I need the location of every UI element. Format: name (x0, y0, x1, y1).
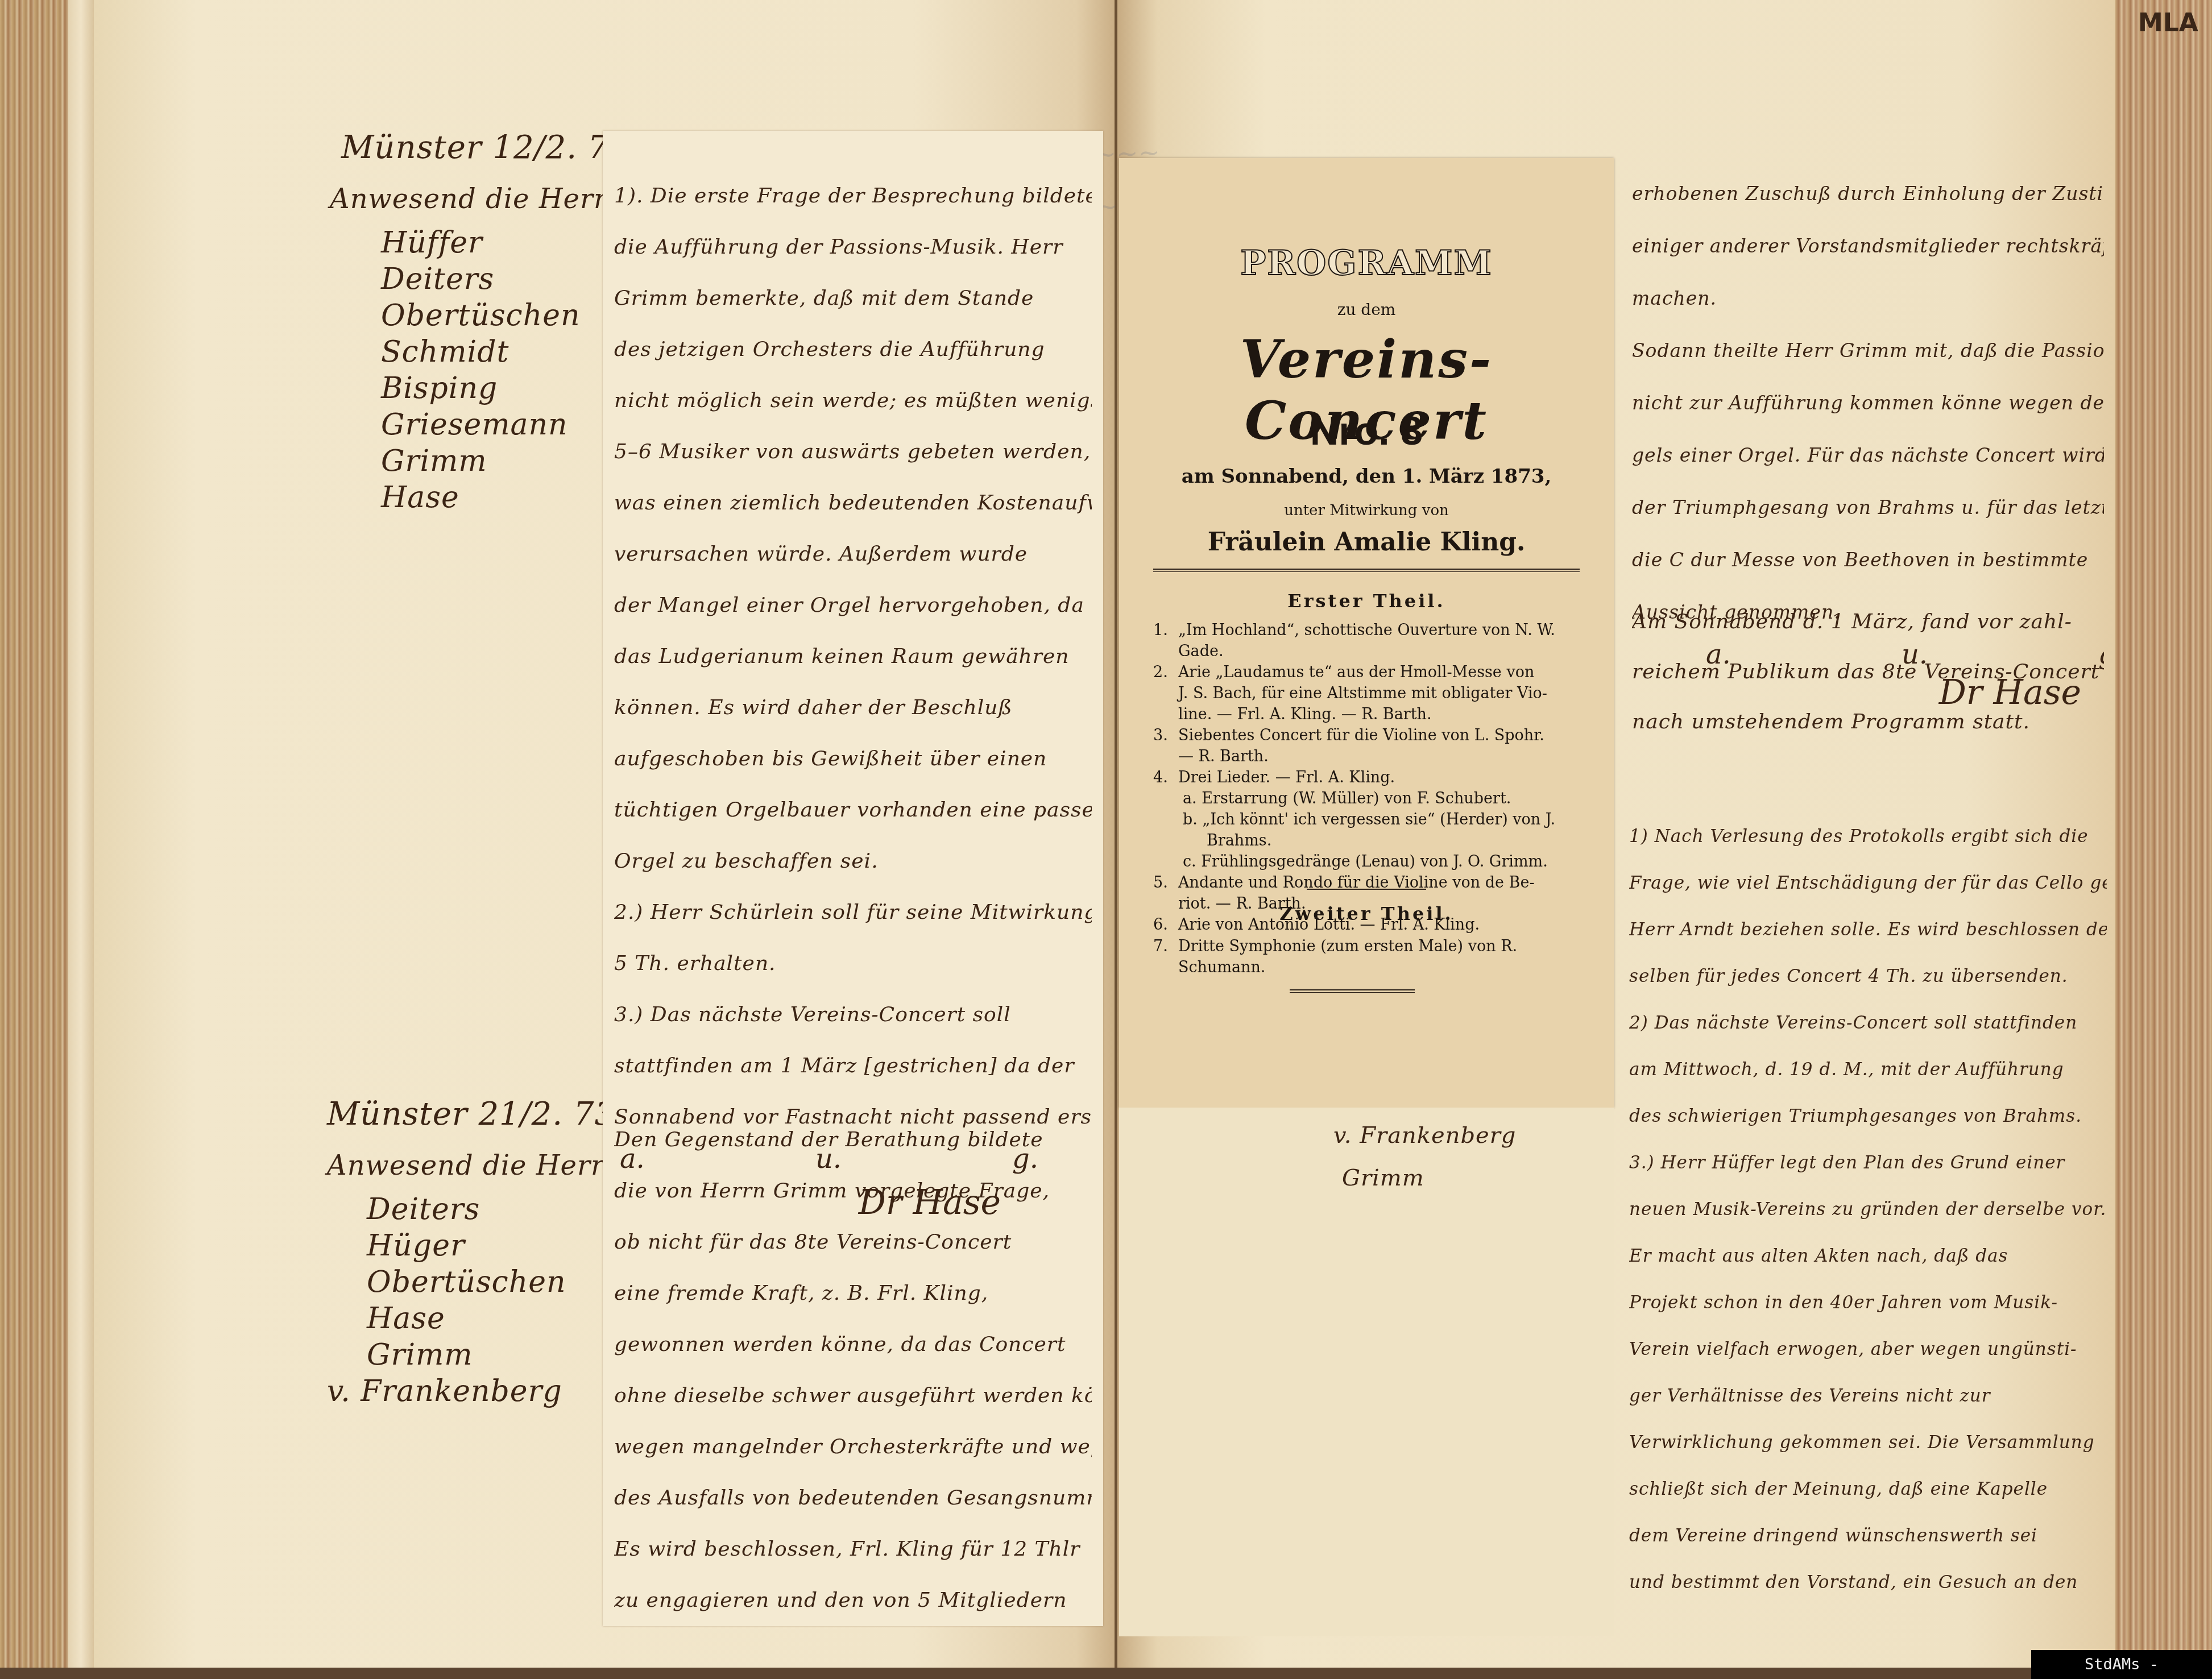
program-divider (1153, 569, 1580, 572)
part-2-items: 7. Dritte Symphonie (zum ersten Male) vo… (1153, 936, 1597, 978)
program-subitem: a. Erstarrung (W. Müller) von F. Schuber… (1153, 788, 1597, 809)
program-title: PROGRAMM (1119, 243, 1614, 283)
signature: Grimm (1333, 1157, 1516, 1200)
program-number: Nro. 8 (1119, 408, 1614, 454)
minutes-line: der Triumphgesang von Brahms u. für das … (1632, 482, 2104, 534)
minutes-line: 1) Nach Verlesung des Protokolls ergibt … (1629, 813, 2107, 860)
attendee: v. Frankenberg (327, 1373, 649, 1409)
program-item: 1. „Im Hochland“, schottische Ouverture … (1153, 620, 1597, 662)
program-item: 4. Drei Lieder. — Frl. A. Kling. (1153, 767, 1597, 788)
minutes-line: selben für jedes Concert 4 Th. zu überse… (1629, 953, 2107, 1000)
minutes-line: Am Sonnabend d. 1 März, fand vor zahl- (1632, 597, 2104, 647)
minutes-line: einiger anderer Vorstandsmitglieder rech… (1632, 220, 2104, 272)
program-with: unter Mitwirkung von (1119, 502, 1614, 519)
minutes-line: 5–6 Musiker von auswärts gebeten werden, (614, 426, 1092, 478)
program-zu-dem: zu dem (1119, 300, 1614, 319)
book-bottom-shadow (0, 1668, 2212, 1679)
minutes-line: ob nicht für das 8te Vereins-Concert (614, 1217, 1092, 1268)
minutes-1: 1). Die erste Frage der Besprechung bild… (614, 171, 1092, 1222)
minutes-2: Den Gegenstand der Berathung bildete die… (614, 1114, 1092, 1626)
minutes-line: des jetzigen Orchesters die Aufführung (614, 324, 1092, 375)
spine-mark: MLA (2138, 9, 2201, 54)
minutes-item-2: 2.) Herr Schürlein soll für seine Mitwir… (614, 887, 1092, 938)
minutes-item-3: 3.) Das nächste Vereins-Concert soll (614, 989, 1092, 1040)
minutes-line: was einen ziemlich bedeutenden Kostenauf… (614, 478, 1092, 529)
attendee: Obertüschen (327, 1264, 649, 1300)
program-item: 7. Dritte Symphonie (zum ersten Male) vo… (1153, 936, 1597, 978)
minutes-line: eine fremde Kraft, z. B. Frl. Kling, (614, 1268, 1092, 1319)
program-signatures: v. Frankenberg Grimm (1333, 1114, 1516, 1200)
attendee: Hase (327, 1300, 649, 1337)
meeting-2-margin: Münster 21/2. 73. Anwesend die Herren: D… (327, 1089, 649, 1409)
book-spread: MLA ~~~ ~~~~ ~~~~~ ~~~ ~~~~~ ~~~ Münster… (0, 0, 2212, 1679)
minutes-line: dem Vereine dringend wünschenswerth sei (1629, 1512, 2107, 1559)
program-date: am Sonnabend, den 1. März 1873, (1119, 465, 1614, 488)
minutes-line: des schwierigen Triumphgesanges von Brah… (1629, 1093, 2107, 1139)
minutes-line: der Mangel einer Orgel hervorgehoben, da (614, 580, 1092, 631)
right-page-edges (2115, 0, 2212, 1679)
minutes-line: Er macht aus alten Akten nach, daß das (1629, 1233, 2107, 1279)
attendee: Grimm (327, 1337, 649, 1373)
minutes-line: erhobenen Zuschuß durch Einholung der Zu… (1632, 168, 2104, 220)
minutes-line: am Mittwoch, d. 19 d. M., mit der Auffüh… (1629, 1046, 2107, 1093)
minutes-line: wegen mangelnder Orchesterkräfte und weg… (614, 1421, 1092, 1473)
minutes-item-3: stattfinden am 1 März [gestrichen] da de… (614, 1040, 1092, 1092)
minutes-line: 1). Die erste Frage der Besprechung bild… (614, 171, 1092, 222)
minutes-line: die Aufführung der Passions-Musik. Herr (614, 222, 1092, 273)
program-divider (1307, 889, 1426, 890)
program-soloist: Fräulein Amalie Kling. (1119, 528, 1614, 557)
printed-concert-program: PROGRAMM zu dem Vereins-Concert Nro. 8 a… (1119, 158, 1614, 1108)
minutes-line: aufgeschoben bis Gewißheit über einen (614, 733, 1092, 785)
attendee: Deiters (327, 1191, 649, 1228)
minutes-line: Orgel zu beschaffen sei. (614, 836, 1092, 887)
minutes-line: können. Es wird daher der Beschluß (614, 682, 1092, 733)
program-item: 2. Arie „Laudamus te“ aus der Hmoll-Mess… (1153, 662, 1597, 725)
part-1-items: 1. „Im Hochland“, schottische Ouverture … (1153, 620, 1597, 935)
signature: v. Frankenberg (1333, 1114, 1516, 1157)
minutes-line: Grimm bemerkte, daß mit dem Stande (614, 273, 1092, 324)
minutes-line: Verwirklichung gekommen sei. Die Versamm… (1629, 1419, 2107, 1466)
attendee: Hüger (327, 1228, 649, 1264)
minutes-line: des Ausfalls von bedeutenden Gesangsnumm… (614, 1473, 1092, 1524)
program-item: 3. Siebentes Concert für die Violine von… (1153, 725, 1597, 767)
minutes-line: nicht möglich sein werde; es müßten weni… (614, 375, 1092, 426)
minutes-line: und bestimmt den Vorstand, ein Gesuch an… (1629, 1559, 2107, 1606)
minutes-line: die von Herrn Grimm vorgelegte Frage, (614, 1166, 1092, 1217)
left-page-edge-highlight (68, 0, 94, 1679)
program-subitem: b. „Ich könnt' ich vergessen sie“ (Herde… (1153, 809, 1597, 830)
concert-note: Am Sonnabend d. 1 März, fand vor zahl- r… (1632, 597, 2104, 747)
minutes-line: nicht zur Aufführung kommen könne wegen … (1632, 377, 2104, 429)
program-divider (1290, 989, 1415, 993)
program-subitem: c. Frühlingsgedränge (Lenau) von J. O. G… (1153, 851, 1597, 872)
minutes-line: machen. (1632, 272, 2104, 325)
minutes-line: das Ludgerianum keinen Raum gewähren (614, 631, 1092, 682)
minutes-line: Frage, wie viel Entschädigung der für da… (1629, 860, 2107, 906)
minutes-line: die C dur Messe von Beethoven in bestimm… (1632, 534, 2104, 586)
meeting-2-date: Münster 21/2. 73. (327, 1089, 649, 1140)
minutes-line: schließt sich der Meinung, daß eine Kape… (1629, 1466, 2107, 1512)
archive-label: StdAMs - MV_002a_212 (2031, 1650, 2212, 1679)
program-subitem: Brahms. (1153, 830, 1597, 851)
minutes-line: Verein vielfach erwogen, aber wegen ungü… (1629, 1326, 2107, 1373)
minutes-line: Projekt schon in den 40er Jahren vom Mus… (1629, 1279, 2107, 1326)
minutes-line: neuen Musik-Vereins zu gründen der derse… (1629, 1186, 2107, 1233)
minutes-item-2: 5 Th. erhalten. (614, 938, 1092, 989)
minutes-line: ohne dieselbe schwer ausgeführt werden k… (614, 1370, 1092, 1421)
minutes-line: 2) Das nächste Vereins-Concert soll stat… (1629, 1000, 2107, 1046)
minutes-line: nach umstehendem Programm statt. (1632, 697, 2104, 747)
minutes-line: reichem Publikum das 8te Vereins-Concert (1632, 647, 2104, 697)
minutes-line: Herr Arndt beziehen solle. Es wird besch… (1629, 906, 2107, 953)
minutes-line: zu engagieren und den von 5 Mitgliedern (614, 1575, 1092, 1626)
minutes-line: gewonnen werden könne, da das Concert (614, 1319, 1092, 1370)
minutes-line: Sodann theilte Herr Grimm mit, daß die P… (1632, 325, 2104, 377)
minutes-line: ger Verhältnisse des Vereins nicht zur (1629, 1373, 2107, 1419)
minutes-line: Den Gegenstand der Berathung bildete (614, 1114, 1092, 1166)
minutes-line: tüchtigen Orgelbauer vorhanden eine pass… (614, 785, 1092, 836)
minutes-line: Es wird beschlossen, Frl. Kling für 12 T… (614, 1524, 1092, 1575)
minutes-line: verursachen würde. Außerdem wurde (614, 529, 1092, 580)
part-2-heading: Zweiter Theil. (1119, 903, 1614, 925)
minutes-line: 3.) Herr Hüffer legt den Plan des Grund … (1629, 1139, 2107, 1186)
meeting-2-attendance-heading: Anwesend die Herren: (327, 1140, 649, 1191)
part-1-heading: Erster Theil. (1119, 590, 1614, 612)
minutes-3: 1) Nach Verlesung des Protokolls ergibt … (1629, 813, 2107, 1606)
minutes-line: gels einer Orgel. Für das nächste Concer… (1632, 429, 2104, 482)
